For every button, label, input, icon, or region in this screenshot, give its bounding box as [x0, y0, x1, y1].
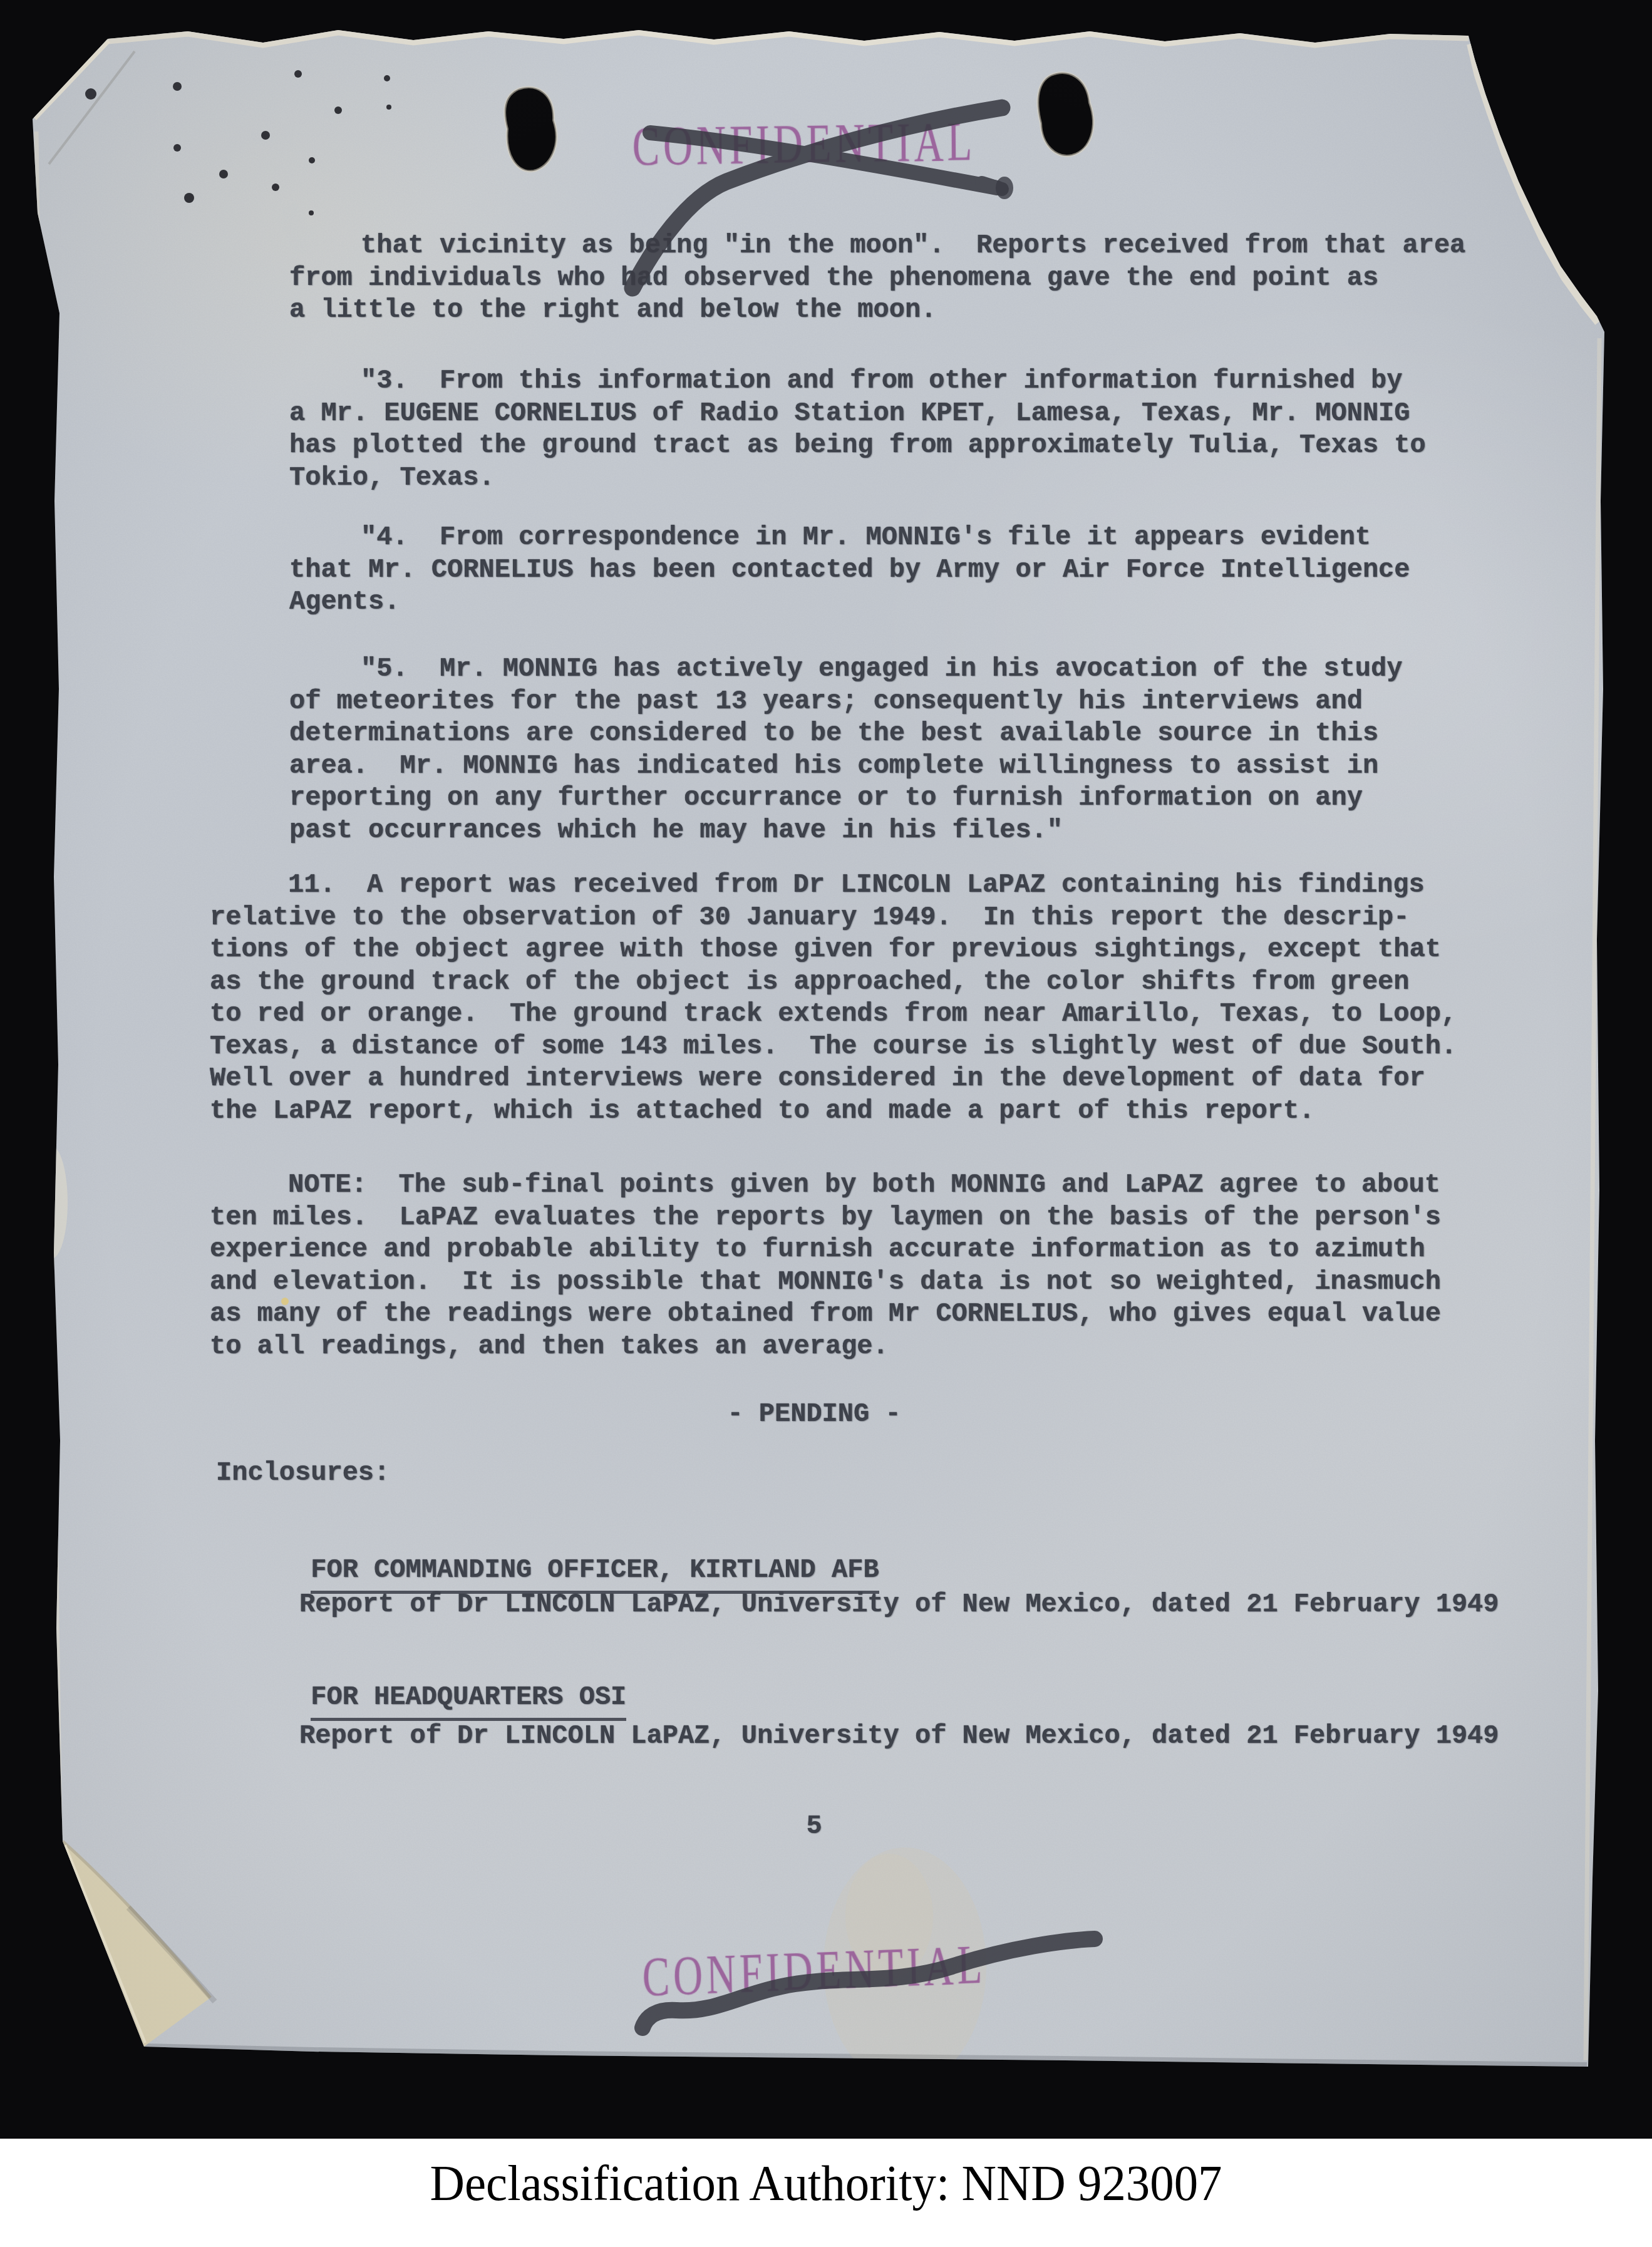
paragraph-continuation: that vicinity as being "in the moon". Re…	[289, 230, 1465, 327]
bottom-edge-shadow	[144, 2047, 1587, 2065]
enclosure-heading-text: FOR COMMANDING OFFICER, KIRTLAND AFB	[311, 1555, 879, 1594]
paragraph-item-4: "4. From correspondence in Mr. MONNIG's …	[289, 522, 1410, 619]
ink-blot	[996, 177, 1013, 199]
scanned-document-page: that vicinity as being "in the moon". Re…	[0, 0, 1652, 2247]
text-line: Agents.	[289, 586, 1410, 619]
text-line: from individuals who had observed the ph…	[289, 262, 1465, 295]
text-line: as the ground track of the object is app…	[210, 966, 1457, 999]
text-line: Texas, a distance of some 143 miles. The…	[210, 1031, 1457, 1063]
text-line: ten miles. LaPAZ evaluates the reports b…	[210, 1202, 1441, 1234]
fold-crease-line	[63, 1841, 210, 1998]
text-line: NOTE: The sub-final points given by both…	[210, 1169, 1441, 1202]
corner-crease-highlight	[34, 40, 108, 118]
text-line: 11. A report was received from Dr LINCOL…	[210, 869, 1457, 902]
classification-stamp-top: CONFIDENTIAL	[596, 114, 1013, 175]
punch-hole-icon	[1038, 73, 1093, 156]
text-line: "3. From this information and from other…	[289, 365, 1426, 398]
document-paper: that vicinity as being "in the moon". Re…	[0, 0, 1652, 2247]
paragraph-item-3: "3. From this information and from other…	[289, 365, 1426, 494]
text-line: that Mr. CORNELIUS has been contacted by…	[289, 554, 1410, 587]
right-edge-highlight	[1586, 338, 1599, 2060]
declassification-authority-text: Declassification Authority: NND 923007	[33, 2159, 1619, 2209]
classification-stamp-bottom: CONFIDENTIAL	[605, 1936, 1023, 2007]
left-edge-highlight	[36, 132, 60, 1835]
text-line: of meteorites for the past 13 years; con…	[289, 686, 1402, 718]
torn-corner-edge	[1470, 44, 1598, 323]
strike-mark-icon	[982, 183, 1002, 189]
punch-hole-icon	[505, 87, 557, 171]
inclosures-label: Inclosures:	[216, 1457, 390, 1490]
text-line: experience and probable ability to furni…	[210, 1234, 1441, 1266]
text-line: past occurrances which he may have in hi…	[289, 815, 1402, 847]
paper-specks	[85, 70, 391, 215]
text-line: "5. Mr. MONNIG has actively engaged in h…	[289, 653, 1402, 686]
text-line: a little to the right and below the moon…	[289, 294, 1465, 327]
text-line: to all readings, and then takes an avera…	[210, 1331, 1441, 1363]
enclosure-item: Report of Dr LINCOLN LaPAZ, University o…	[299, 1720, 1499, 1753]
text-line: Tokio, Texas.	[289, 462, 1426, 495]
page-number: 5	[210, 1811, 1418, 1843]
edge-tear-highlight	[35, 1146, 68, 1259]
text-line: has plotted the ground tract as being fr…	[289, 430, 1426, 462]
enclosure-item: Report of Dr LINCOLN LaPAZ, University o…	[299, 1589, 1499, 1621]
text-line: determinations are considered to be the …	[289, 718, 1402, 750]
text-line: to red or orange. The ground track exten…	[210, 998, 1457, 1031]
text-line: reporting on any further occurrance or t…	[289, 782, 1402, 815]
text-line: "4. From correspondence in Mr. MONNIG's …	[289, 522, 1410, 554]
enclosure-heading-text: FOR HEADQUARTERS OSI	[311, 1682, 626, 1721]
status-pending: - PENDING -	[210, 1398, 1418, 1431]
fold-edge-highlight	[65, 1845, 145, 2043]
text-line: a Mr. EUGENE CORNELIUS of Radio Station …	[289, 398, 1426, 430]
fold-shadow	[128, 1908, 215, 2002]
text-line: relative to the observation of 30 Januar…	[210, 902, 1457, 934]
paragraph-item-11: 11. A report was received from Dr LINCOL…	[210, 869, 1457, 1127]
declassification-banner: Declassification Authority: NND 923007	[0, 2139, 1652, 2247]
paragraph-note: NOTE: The sub-final points given by both…	[210, 1169, 1441, 1363]
text-line: Well over a hundred interviews were cons…	[210, 1063, 1457, 1095]
text-line: the LaPAZ report, which is attached to a…	[210, 1095, 1457, 1128]
folded-corner	[63, 1841, 210, 2047]
text-line: and elevation. It is possible that MONNI…	[210, 1266, 1441, 1299]
corner-crease-line	[49, 51, 135, 164]
torn-top-edge	[108, 33, 1469, 45]
paragraph-item-5: "5. Mr. MONNIG has actively engaged in h…	[289, 653, 1402, 847]
text-line: that vicinity as being "in the moon". Re…	[289, 230, 1465, 262]
text-line: as many of the readings were obtained fr…	[210, 1298, 1441, 1331]
text-line: tions of the object agree with those giv…	[210, 934, 1457, 966]
text-line: area. Mr. MONNIG has indicated his compl…	[289, 750, 1402, 783]
